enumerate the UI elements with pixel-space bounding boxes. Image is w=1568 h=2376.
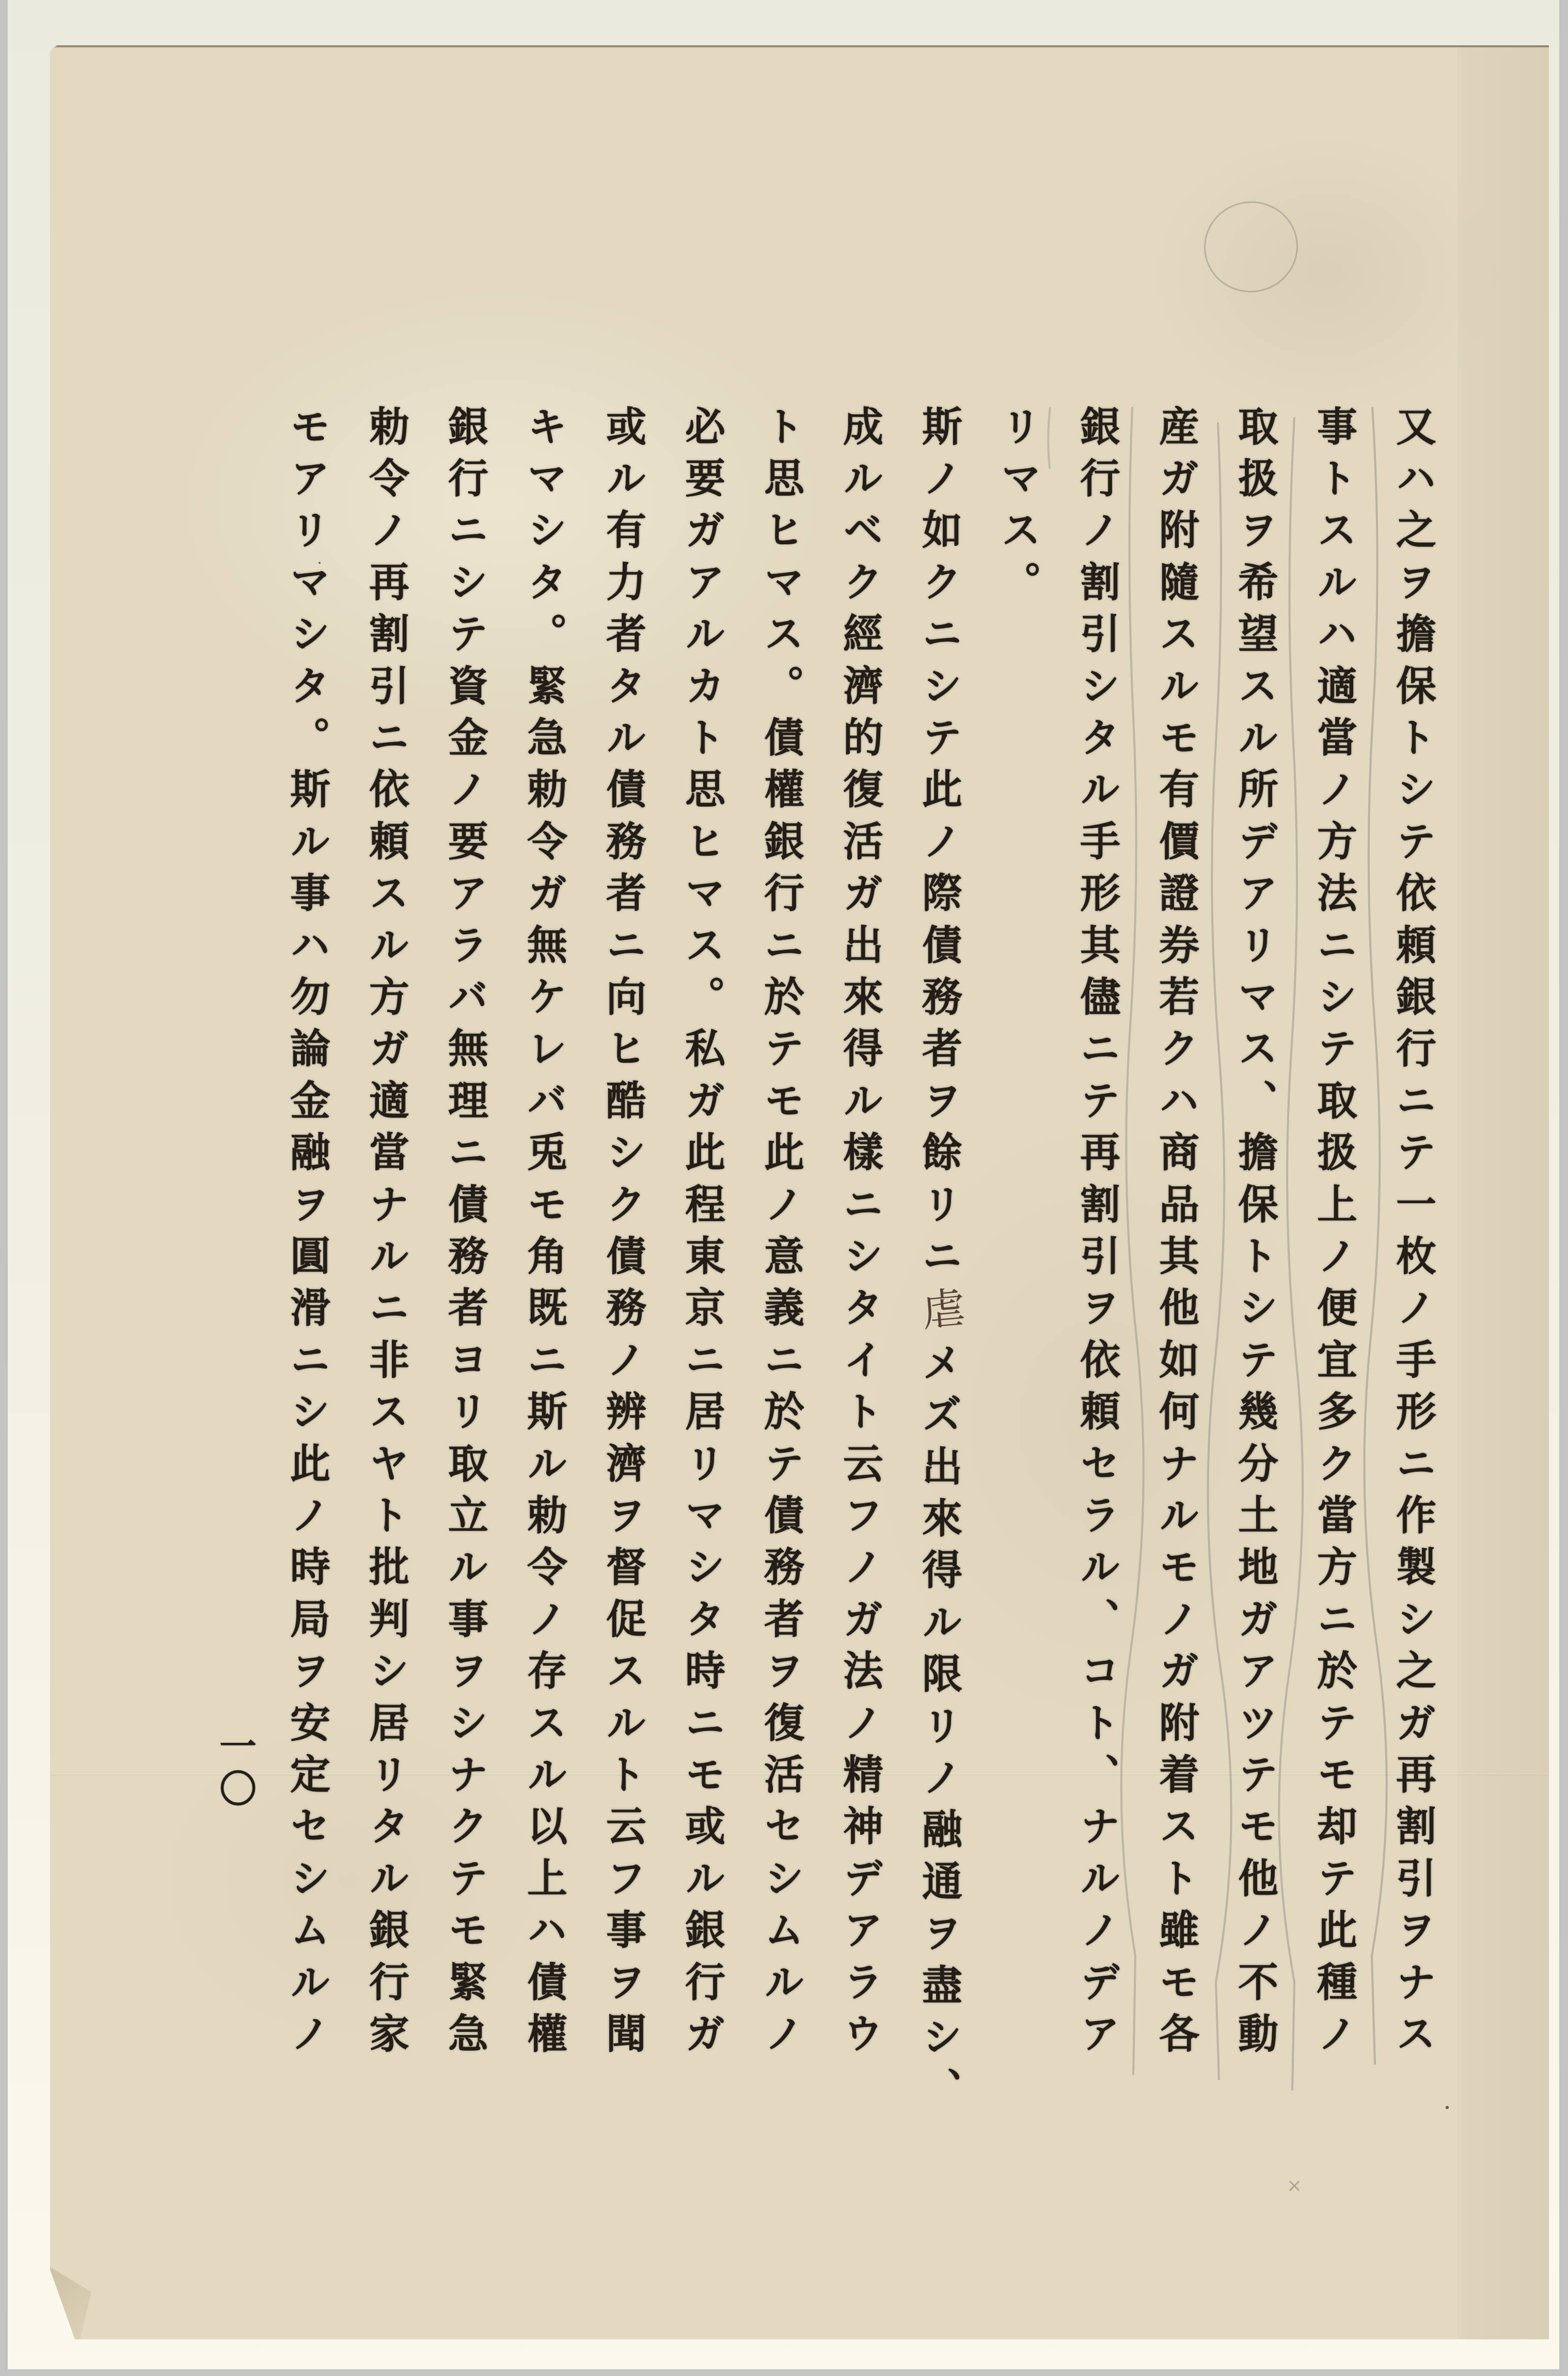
handwritten-correction: 虐: [899, 1283, 983, 1345]
vertical-fold-line: [1459, 45, 1460, 2339]
page-top-edge-shadow: [50, 45, 1549, 48]
text-column-6: リマス。: [978, 405, 1057, 2187]
ink-speck: [319, 562, 321, 564]
text-column-1: 又ハ之ヲ擔保トシテ依頼銀行ニテ一枚ノ手形ニ作製シ之ガ再割引ヲナス: [1373, 405, 1452, 2187]
text-column-12: キマシタ。緊急勅令ガ無ケレバ兎モ角既ニ斯ル勅令ノ存スル以上ハ債權: [504, 405, 583, 2187]
text-column-15: モアリマシタ。斯ル事ハ勿論金融ヲ圓滑ニシ此ノ時局ヲ安定セシムルノ: [267, 405, 346, 2187]
pencil-x-mark: ×: [1284, 2176, 1305, 2196]
text-column-3: 取扱ヲ希望スル所デアリマス、擔保トシテ幾分土地ガアツテモ他ノ不動: [1215, 405, 1294, 2187]
text-column-11: 或ル有力者タル債務者ニ向ヒ酷シク債務ノ辨濟ヲ督促スルト云フ事ヲ聞: [583, 405, 662, 2187]
underlying-sheet-edge: [1460, 45, 1549, 2339]
ink-speck: [1446, 2106, 1449, 2109]
text-column-4: 産ガ附隨スルモ有價證券若クハ商品其他如何ナルモノガ附着スト雖モ各: [1136, 405, 1215, 2187]
text-segment: 斯ノ如クニシテ此ノ際債務者ヲ餘リニ: [915, 405, 962, 1287]
text-column-10: 必要ガアルカト思ヒマス。私ガ此程東京ニ居リマシタ時ニモ或ル銀行ガ: [662, 405, 741, 2187]
document-page: 又ハ之ヲ擔保トシテ依頼銀行ニテ一枚ノ手形ニ作製シ之ガ再割引ヲナス 事トスルハ適當…: [50, 45, 1549, 2339]
text-column-5: 銀行ノ割引シタル手形其儘ニテ再割引ヲ依頼セラル、コト、ナルノデア: [1057, 405, 1136, 2187]
text-column-8: 成ルベク經濟的復活ガ出來得ル樣ニシタイト云フノガ法ノ精神デアラウ: [820, 405, 899, 2187]
page-number: 一〇: [209, 1727, 261, 1812]
text-column-2: 事トスルハ適當ノ方法ニシテ取扱上ノ便宜多ク當方ニ於テモ却テ此種ノ: [1294, 405, 1373, 2187]
vertical-text-body: 又ハ之ヲ擔保トシテ依頼銀行ニテ一枚ノ手形ニ作製シ之ガ再割引ヲナス 事トスルハ適當…: [267, 405, 1452, 2187]
text-column-7: 斯ノ如クニシテ此ノ際債務者ヲ餘リニ虐メズ出來得ル限リノ融通ヲ盡シ、: [899, 405, 978, 2187]
text-column-9: ト思ヒマス。債權銀行ニ於テモ此ノ意義ニ於テ債務者ヲ復活セシムルノ: [741, 405, 820, 2187]
text-column-14: 勅令ノ再割引ニ依頼スル方ガ適當ナルニ非スヤト批判シ居リタル銀行家: [346, 405, 425, 2187]
text-segment: メズ出來得ル限リノ融通ヲ盡シ、: [915, 1342, 962, 2119]
text-column-13: 銀行ニシテ資金ノ要アラバ無理ニ債務者ヨリ取立ル事ヲシナクテモ緊急: [425, 405, 504, 2187]
pencil-circle-mark: [1198, 195, 1304, 298]
